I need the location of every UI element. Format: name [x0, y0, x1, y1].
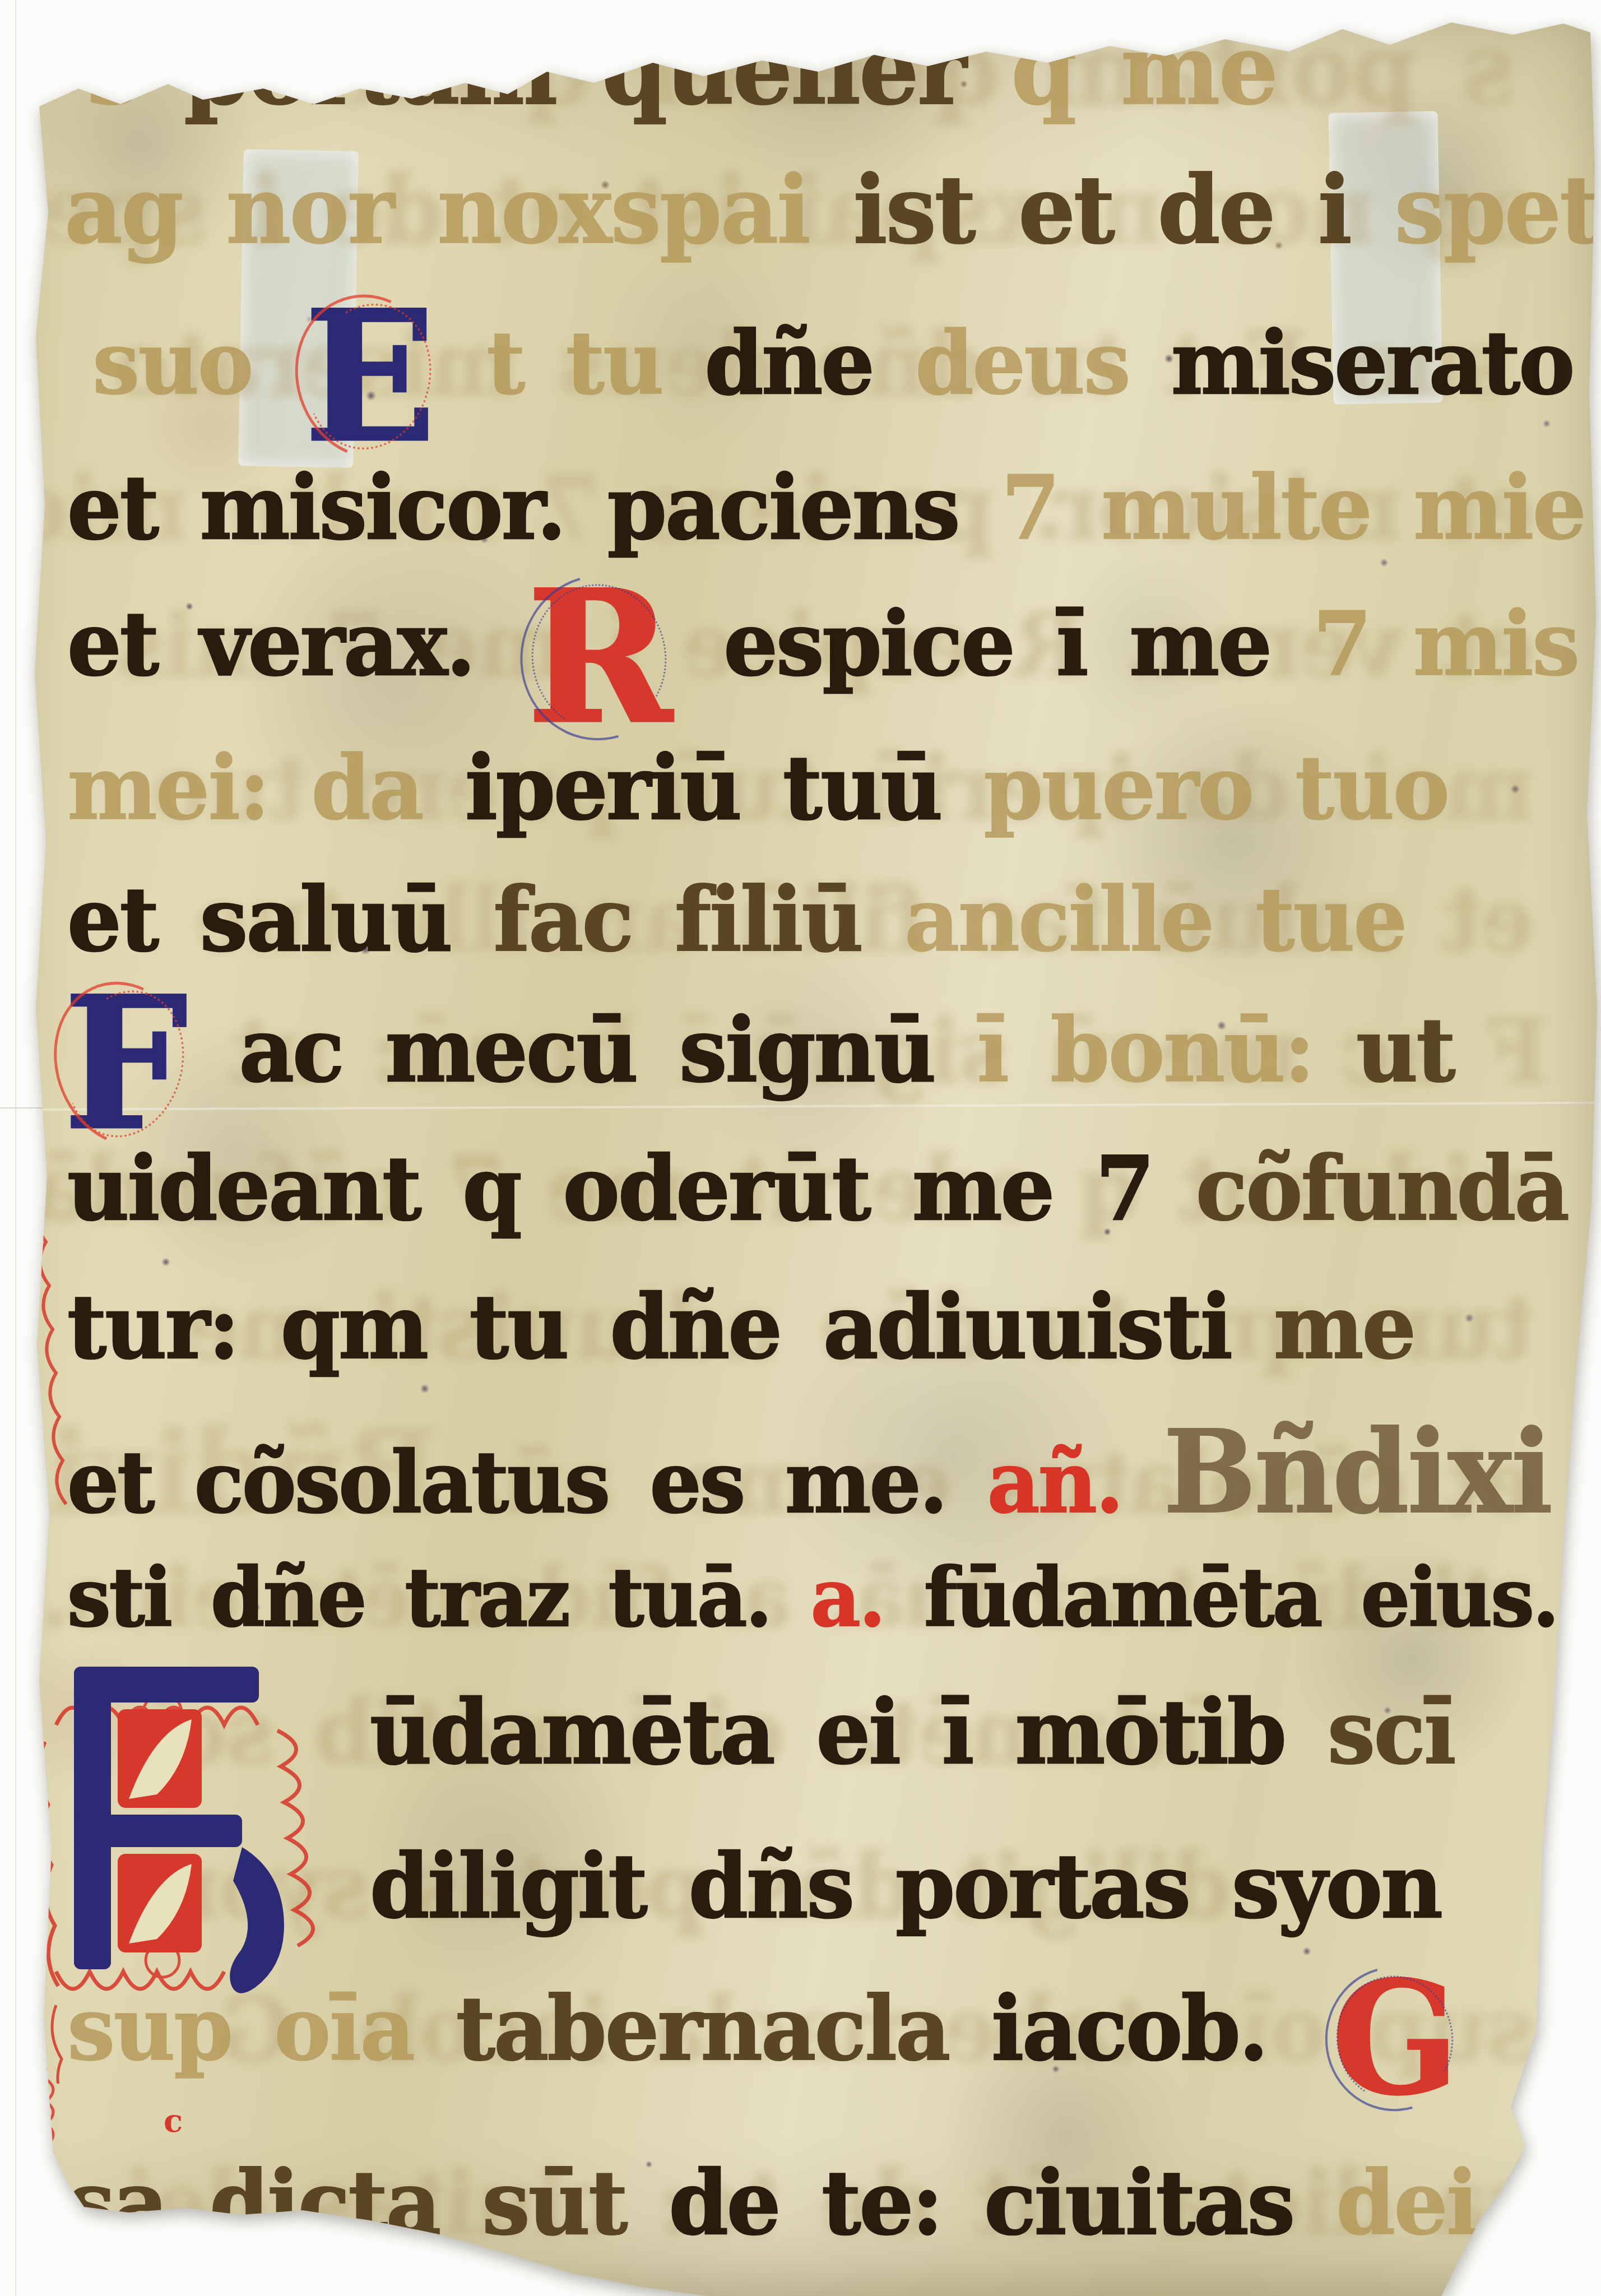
text-segment: ut: [1356, 998, 1454, 1102]
rubric-text: p3: [0, 1550, 3, 1645]
text-segment: fūdamēta eius.: [924, 1550, 1558, 1645]
text-segment: ac mecū signū: [239, 998, 935, 1102]
parchment-surface: s portam quelier q me ag nor noxspai ist…: [0, 0, 1601, 2296]
manuscript-line: sti dñe traz tuā. a. fūdamēta eius. p3: [67, 1557, 1601, 1638]
rubric-text: p3: [1598, 1550, 1601, 1645]
manuscript-line: s portam quelier q me: [87, 21, 1277, 119]
rubric-text: a.: [810, 1550, 884, 1645]
scan-background: s portam quelier q me ag nor noxspai ist…: [0, 0, 1601, 2296]
text-segment: iacob.: [991, 1976, 1266, 2080]
text-segment: puero tuo: [983, 735, 1448, 839]
manuscript-line: et misicor. paciens 7 multe mie: [67, 463, 1585, 552]
text-segment: 7 mis: [1313, 591, 1579, 695]
text-segment: miserato: [1171, 312, 1573, 415]
text-segment: uideant q oderūt me 7: [67, 1136, 1153, 1240]
text-segment: iperiū tuū: [465, 735, 941, 839]
manuscript-line: F ac mecū signū ī bonū: ut: [53, 1006, 1454, 1151]
manuscript-line: tur: qm tu dñe adiuuisti me: [67, 1283, 1414, 1371]
parchment-leaf: s portam quelier q me ag nor noxspai ist…: [0, 0, 1601, 2296]
text-segment: et verax.: [67, 591, 474, 695]
manuscript-line: diligit dñs portas syon: [370, 1842, 1441, 1931]
manuscript-line: uideant q oderūt me 7 cõfundā: [67, 1144, 1568, 1233]
text-segment: t tu: [486, 312, 662, 415]
text-segment: ist et de i: [853, 155, 1351, 265]
manuscript-line: ag nor noxspai ist et de i spetu: [64, 164, 1601, 257]
text-segment: ancille tue: [904, 867, 1406, 971]
manuscript-line: suo E t tu dñe deus miserato: [92, 319, 1573, 463]
text-segment: portam quelier: [184, 12, 965, 127]
manuscript-line: et verax. R espice ī me 7 mis: [67, 600, 1579, 745]
red-c-mark: c: [164, 2103, 183, 2140]
text-segment: deus: [915, 312, 1129, 415]
text-segment: et cõsolatus es me.: [67, 1433, 946, 1532]
manuscript-line: et cõsolatus es me. añ. Bñdixi: [67, 1416, 1551, 1530]
text-segment: 7 multe mie: [1001, 455, 1585, 559]
text-segment: sa dicta sūt: [67, 2150, 626, 2255]
text-segment: dei: [1336, 2150, 1477, 2255]
initial-R: R: [527, 585, 671, 730]
text-segment: sti dñe traz tuā.: [67, 1550, 771, 1645]
text-segment: ī bonū:: [977, 998, 1314, 1102]
manuscript-line: et saluū fac filiū ancille tue: [67, 875, 1406, 964]
text-segment: tabernacla: [456, 1976, 949, 2080]
text-segment: fac filiū: [494, 867, 862, 971]
text-segment: Bñdixi: [1163, 1405, 1551, 1539]
manuscript-line: ūdamēta ei ī mōtib scī: [370, 1688, 1455, 1776]
text-segment: mei: da: [67, 735, 423, 839]
text-segment: et misicor. paciens: [67, 455, 958, 559]
text-segment: tur: qm tu dñe adiuuisti: [67, 1274, 1231, 1379]
text-segment: espice ī me: [723, 591, 1270, 695]
text-segment: ūdamēta ei ī mōtib: [370, 1680, 1285, 1784]
text-segment: de te: ciuitas: [669, 2150, 1293, 2255]
initial-F-small: F: [64, 991, 186, 1137]
text-segment: diligit dñs portas syon: [370, 1834, 1441, 1938]
manuscript-line: sa dicta sūt de te: ciuitas dei: [67, 2159, 1477, 2247]
text-segment: ag nor noxspai: [64, 155, 809, 265]
manuscript-line: mei: da iperiū tuū puero tuo: [67, 744, 1448, 832]
text-segment: dñe: [704, 312, 873, 415]
illuminated-initial-F: [22, 1646, 370, 2084]
text-segment: s: [87, 12, 138, 127]
text-segment: et saluū: [67, 867, 451, 971]
text-segment: spetu: [1395, 155, 1601, 265]
text-segment: q me: [1011, 12, 1277, 127]
initial-E: E: [304, 305, 434, 449]
initial-G: G: [1332, 1977, 1458, 2100]
rubric-text: añ.: [987, 1433, 1122, 1532]
text-segment: scī: [1328, 1680, 1455, 1784]
text-segment: me: [1274, 1274, 1415, 1379]
text-segment: cõfundā: [1196, 1136, 1568, 1240]
red-penwork-linefiller: [17, 1149, 67, 2247]
text-segment: suo: [92, 312, 252, 415]
